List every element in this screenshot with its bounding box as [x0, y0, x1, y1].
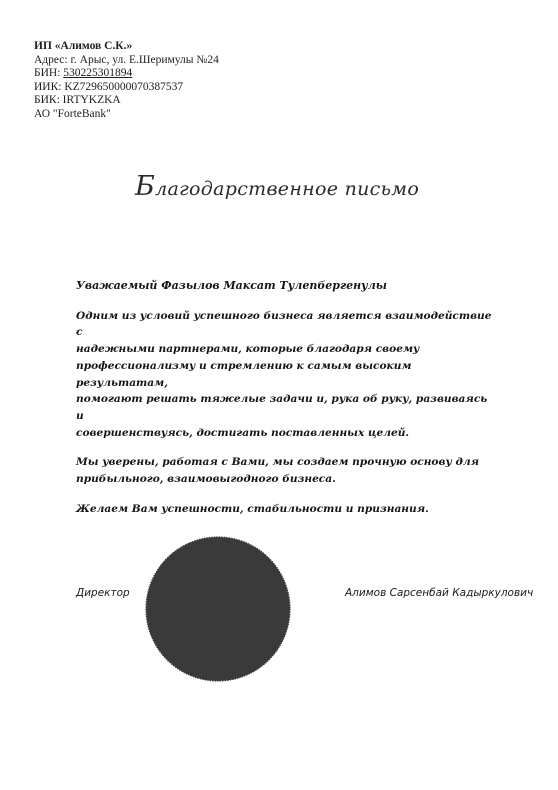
- company-stamp: ҚАЗАҚСТАН РЕСПУБЛИКАСЫ ҚАРАҒАНДЫ Қ. ЖАУА…: [143, 534, 293, 684]
- bin-value: 530225301894: [63, 67, 132, 79]
- stamp-center-line-1: BATYR: [183, 585, 252, 605]
- bin-label: БИН:: [34, 67, 63, 79]
- company-address: Адрес: г. Арыс, ул. Е.Шеримулы №24: [34, 54, 219, 68]
- signatory-name: Алимов Сарсенбай Кадыркулович: [345, 587, 533, 599]
- stamp-seal-icon: ҚАЗАҚСТАН РЕСПУБЛИКАСЫ ҚАРАҒАНДЫ Қ. ЖАУА…: [143, 534, 293, 684]
- stamp-id-label: ЖСН / БИН: [201, 625, 235, 632]
- company-bik: БИК: IRTYKZKA: [34, 94, 219, 108]
- letter-title: Благодарственное письмо: [0, 171, 556, 202]
- stamp-id-value: 180940022410: [193, 633, 242, 640]
- title-initial: Б: [135, 171, 155, 202]
- paragraph-line: совершенствуясь, достигать поставленных …: [76, 427, 409, 439]
- paragraph-line: надежными партнерами, которые благодаря …: [76, 343, 419, 355]
- company-iik: ИИК: KZ729650000070387537: [34, 81, 219, 95]
- company-bank: АО "ForteBank": [34, 108, 219, 122]
- company-bin: БИН: 530225301894: [34, 67, 219, 81]
- letter-paragraph-1: Одним из условий успешного бизнеса являе…: [76, 308, 496, 442]
- company-name: ИП «Алимов С.К.»: [34, 40, 219, 54]
- paragraph-line: Мы уверены, работая с Вами, мы создаем п…: [76, 456, 479, 468]
- paragraph-line: Желаем Вам успешности, стабильности и пр…: [76, 503, 429, 515]
- letter-greeting: Уважаемый Фазылов Максат Тулепбергенулы: [76, 278, 496, 295]
- letter-paragraph-2: Мы уверены, работая с Вами, мы создаем п…: [76, 454, 496, 487]
- paragraph-line: помогают решать тяжелые задачи и, рука о…: [76, 393, 487, 422]
- paragraph-line: Одним из условий успешного бизнеса являе…: [76, 310, 492, 339]
- paragraph-line: профессионализму и стремлению к самым вы…: [76, 360, 412, 389]
- stamp-center-line-2: AGENCY: [178, 604, 259, 624]
- letter-body: Уважаемый Фазылов Максат Тулепбергенулы …: [76, 278, 496, 530]
- signatory-position: Директор: [76, 587, 130, 599]
- letter-paragraph-3: Желаем Вам успешности, стабильности и пр…: [76, 501, 496, 518]
- paragraph-line: прибыльного, взаимовыгодного бизнеса.: [76, 473, 336, 485]
- company-requisites: ИП «Алимов С.К.» Адрес: г. Арыс, ул. Е.Ш…: [34, 40, 219, 122]
- title-rest: лагодарственное письмо: [155, 178, 419, 200]
